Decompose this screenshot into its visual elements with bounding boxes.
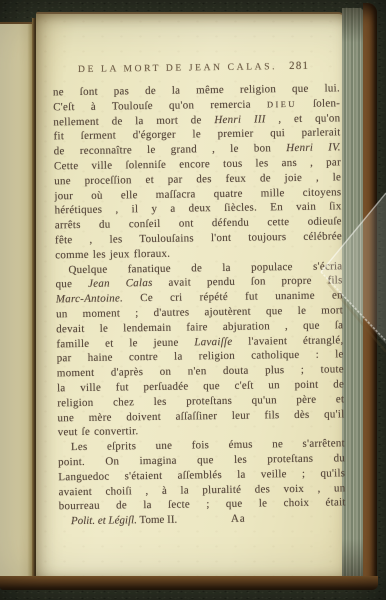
text-segment: religion chez les proteſtans qu'un père … [57, 393, 344, 409]
text-segment: Languedoc s'étaient aſſemblés la veille … [58, 467, 345, 483]
footer-tome: Tome II. [139, 514, 177, 527]
text-segment: une mère doivent aſſaſſiner leur fils dè… [57, 408, 344, 424]
text-segment: Henri III [214, 113, 265, 126]
text-segment: Jean Calas [88, 277, 153, 290]
header-title: DE LA MORT DE JEAN CALAS. [78, 61, 277, 75]
text-segment: ſolen- [297, 97, 340, 110]
text-segment: la ville fut perſuadée que c'eſt un poin… [57, 378, 344, 394]
page-body: ne ſont pas de la même religion que lui.… [53, 81, 346, 514]
text-segment: un moment ; d'autres ajoutèrent que le m… [56, 304, 343, 320]
text-segment: DIEU [267, 99, 297, 109]
text-segment: Lavaiſſe [194, 335, 232, 348]
text-segment: que [56, 278, 89, 290]
text-segment: une proceſſion et par des feux de joie ,… [54, 171, 341, 187]
text-segment: de reconnaître le grand , le bon [54, 142, 287, 157]
running-header: DE LA MORT DE JEAN CALAS. 281 [34, 59, 344, 75]
text-segment: devait le lendemain faire abjuration , q… [56, 319, 343, 335]
page-footer: Polit. et Légiſl. Tome II. Aa [59, 511, 346, 531]
text-segment: C'eſt à Toulouſe qu'on remercia [53, 98, 267, 113]
text-segment: l'avaient étranglé, [232, 334, 343, 348]
text-segment: comme les jeux floraux. [55, 247, 170, 261]
photo-scene: DE LA MORT DE JEAN CALAS. 281 ne ſont pa… [0, 0, 386, 600]
text-segment: Ce cri répété fut unanime en [123, 289, 343, 304]
text-segment: veut ſe convertir. [58, 426, 139, 439]
text-segment: bourreau de la ſecte ; que le choix étai… [59, 497, 346, 513]
text-segment: fête , les Toulouſains l'ont toujours cé… [55, 230, 342, 246]
cover-board-edge [363, 3, 377, 588]
text-segment: Henri IV. [286, 142, 341, 155]
text-segment: nellement de la mort de [53, 114, 214, 128]
text-segment: famille et le jeune [56, 336, 194, 350]
text-segment: , et qu'on [266, 112, 341, 125]
text-segment: avait pendu ſon propre fils [153, 275, 343, 290]
text-segment: point. On imagina que les proteſtans du [58, 452, 345, 468]
facing-page-edge [0, 22, 34, 580]
book-page: DE LA MORT DE JEAN CALAS. 281 ne ſont pa… [33, 10, 351, 580]
text-segment: Marc-Antoine. [56, 293, 123, 306]
footer-signature: Aa [231, 513, 246, 525]
footer-series-title: Polit. et Légiſl. [71, 514, 137, 527]
page-number: 281 [289, 60, 309, 72]
